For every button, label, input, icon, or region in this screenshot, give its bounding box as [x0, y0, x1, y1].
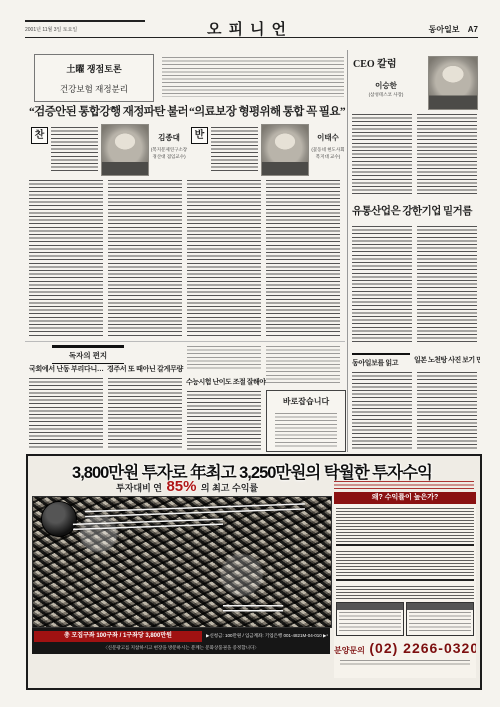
ad-why-text-3 — [336, 586, 474, 600]
pro-portrait-photo — [101, 124, 149, 176]
ad-contact: 분양문의 (02) 2266-0320 — [334, 640, 476, 658]
ad-photo-collage — [32, 496, 332, 628]
con-marker: 반 — [191, 127, 208, 144]
ceo-portrait-photo — [428, 56, 478, 110]
corrections-title: 바로잡습니다 — [267, 396, 345, 407]
ad-note-line: 〈신문광고를 지참하시고 현장을 방문하시는 분께는 문화상품권을 증정합니다〉 — [34, 645, 328, 651]
ad-sub-percent: 85% — [166, 478, 196, 495]
ad-logo-circle — [41, 501, 77, 537]
ad-sub-suffix: 의 최고 수익률 — [201, 483, 258, 493]
debate-kicker: 土曜 쟁점토론 — [35, 62, 153, 75]
letters-divider — [25, 341, 345, 342]
ad-why-title: 왜? 수익률이 높은가? — [334, 492, 476, 504]
ad-contact-phone: (02) 2266-0320 — [369, 640, 476, 656]
pro-affiliation-2: 경산대 겸임교수) — [150, 154, 188, 160]
ad-table-1 — [336, 602, 404, 636]
ad-why-bold-line-1 — [336, 544, 474, 549]
masthead-top-rule — [25, 20, 145, 22]
ad-why-bold-line-2 — [336, 579, 474, 584]
ad-table-1-header — [337, 603, 403, 610]
con-name: 이태수 — [309, 132, 347, 143]
pro-marker: 찬 — [31, 127, 48, 144]
debate-text-column-2 — [108, 180, 182, 338]
ad-overlay-text-1 — [85, 503, 305, 521]
ad-recruit-line: 총 모집구좌 100구좌 / 1구좌당 3,800만원 — [34, 631, 202, 642]
reading-section-title: 동아일보를 읽고 — [352, 353, 410, 368]
ceo-text-column-2 — [417, 114, 477, 196]
ad-contact-label: 분양문의 — [334, 646, 365, 655]
letter1-text — [29, 378, 103, 450]
page-number: A7 — [468, 25, 478, 34]
ad-subline: 투자대비 연 85% 의 최고 수익률 — [116, 478, 331, 496]
ceo-column-title: CEO 칼럼 — [353, 55, 433, 70]
con-portrait-photo — [261, 124, 309, 176]
ad-table-2-rows — [409, 612, 471, 632]
ad-overlay-text-2 — [73, 518, 223, 532]
reading-text-column-2 — [417, 372, 477, 450]
debate-kicker-box: 土曜 쟁점토론 건강보험 재정분리 — [34, 54, 154, 102]
debate-intro-text — [162, 57, 344, 97]
letter2-headline: 경주서 또 때아닌 갈게무량 — [107, 364, 185, 374]
con-byline: 이태수 (꽃동네 현도사회 복지대 교수) — [309, 132, 347, 160]
letter3-headline: 수능시험 난이도 조절 잘해야 — [186, 377, 266, 387]
advertisement: 3,800만원 투자로 年최고 3,250만원의 탁월한 투자수익 투자대비 연… — [26, 454, 482, 690]
letter3-text-continued — [266, 346, 340, 384]
column-divider — [347, 50, 348, 452]
masthead-date: 2001년 11월 3일 토요일 — [25, 26, 195, 33]
pro-byline: 김종대 (복지문제연구소장 경산대 겸임교수) — [150, 132, 188, 160]
ad-table-2 — [406, 602, 474, 636]
ad-side-note-text — [334, 481, 474, 490]
debate-text-column-1 — [29, 180, 103, 338]
letter3-text — [187, 391, 261, 450]
letter1-headline: 국회에서 난동 부리다니… — [29, 364, 107, 374]
ad-payment-line: ▶신청금: 100만원 / 입금계좌: 기업은행 001-4821M-04-01… — [206, 633, 328, 639]
reading-letter-headline: 일본 노천탕 사진 보기 민망 — [414, 355, 480, 365]
letter2-text-continued — [187, 346, 261, 370]
ad-why-text-2 — [336, 551, 474, 577]
ad-bottom-strip: 총 모집구좌 100구좌 / 1구좌당 3,800만원 ▶신청금: 100만원 … — [32, 628, 330, 654]
con-affiliation-1: (꽃동네 현도사회 — [309, 147, 347, 153]
ad-sub-prefix: 투자대비 연 — [116, 483, 162, 493]
letters-section-title: 독자의 편지 — [52, 345, 124, 364]
pro-affiliation-1: (복지문제연구소장 — [150, 147, 188, 153]
con-headline: “의료보장 형평위해 통합 꼭 필요” — [189, 103, 347, 119]
ad-table-1-rows — [339, 612, 401, 632]
pro-lead-text — [51, 127, 98, 173]
pro-name: 김종대 — [150, 132, 188, 143]
ceo-text-column-3 — [352, 226, 412, 342]
ad-overlay-logo-text — [223, 605, 283, 614]
section-title: 오피니언 — [190, 18, 310, 39]
letter2-text — [108, 378, 182, 450]
con-lead-text — [211, 127, 258, 173]
reading-text-column-1 — [352, 372, 412, 450]
debate-text-column-4 — [266, 180, 340, 338]
ceo-text-column-4 — [417, 226, 477, 342]
ceo-author-note: (삼성테스코 사장) — [353, 92, 419, 98]
ceo-text-column-1 — [352, 114, 412, 196]
ad-why-panel: 왜? 수익률이 높은가? 분양문의 (02) 2266-0320 — [334, 492, 476, 678]
paper-name: 동아일보 — [429, 25, 460, 34]
con-affiliation-2: 복지대 교수) — [309, 154, 347, 160]
ad-why-text-1 — [336, 508, 474, 542]
debate-text-column-3 — [187, 180, 261, 338]
corrections-text — [275, 413, 337, 449]
corrections-box: 바로잡습니다 — [266, 390, 346, 452]
masthead-right: 동아일보 A7 — [390, 24, 478, 35]
masthead-rule — [25, 37, 478, 38]
ceo-headline: 유통산업은 강한기업 밑거름 — [352, 203, 480, 218]
ceo-author: 이승한 — [353, 80, 419, 91]
ad-contact-note — [340, 660, 470, 666]
newspaper-page: 2001년 11월 3일 토요일 오피니언 동아일보 A7 土曜 쟁점토론 건강… — [0, 0, 500, 707]
ad-table-2-header — [407, 603, 473, 610]
debate-topic: 건강보험 재정분리 — [35, 83, 153, 95]
pro-headline: “검증안된 통합강행 재정파탄 불러” — [29, 103, 187, 119]
